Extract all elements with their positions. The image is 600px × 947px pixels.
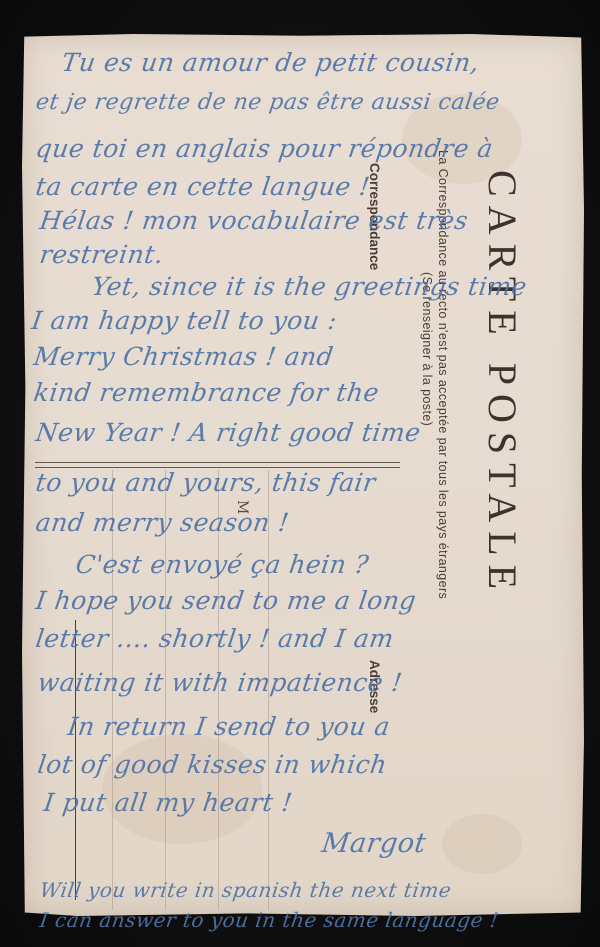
message-line: lot of good kisses in which	[36, 750, 389, 779]
message-line: and merry season !	[34, 508, 291, 537]
message-line: Merry Christmas ! and	[32, 342, 335, 371]
message-line: waiting it with impatience !	[36, 668, 404, 697]
message-line: I hope you send to me a long	[34, 586, 418, 615]
carte-postale-title: CARTE POSTALE	[479, 170, 526, 598]
message-line: I am happy tell to you :	[30, 306, 339, 335]
message-line: ta carte en cette langue !	[34, 172, 372, 201]
message-line: et je regrette de ne pas être aussi calé…	[34, 90, 501, 115]
paper-stain	[442, 814, 522, 874]
message-line: restreint.	[38, 240, 166, 269]
message-line: New Year ! A right good time	[34, 418, 423, 447]
postscript-line: Will you write in spanish the next time	[38, 878, 453, 902]
message-line: In return I send to you a	[66, 712, 392, 741]
message-line: C'est envoyé ça hein ?	[74, 550, 371, 579]
message-line: Hélas ! mon vocabulaire est très	[38, 206, 470, 235]
message-line: Tu es un amour de petit cousin,	[60, 48, 481, 77]
message-line: kind remembrance for the	[32, 378, 381, 407]
message-line: to you and yours, this fair	[34, 468, 378, 497]
message-line: letter .... shortly ! and I am	[34, 624, 396, 653]
message-line: I put all my heart !	[42, 788, 294, 817]
signature: Margot	[320, 828, 428, 859]
postscript-line: I can answer to you in the same language…	[38, 908, 500, 932]
message-line: Yet, since it is the greetings time	[90, 272, 529, 301]
message-line: que toi en anglais pour répondre à	[34, 134, 495, 163]
